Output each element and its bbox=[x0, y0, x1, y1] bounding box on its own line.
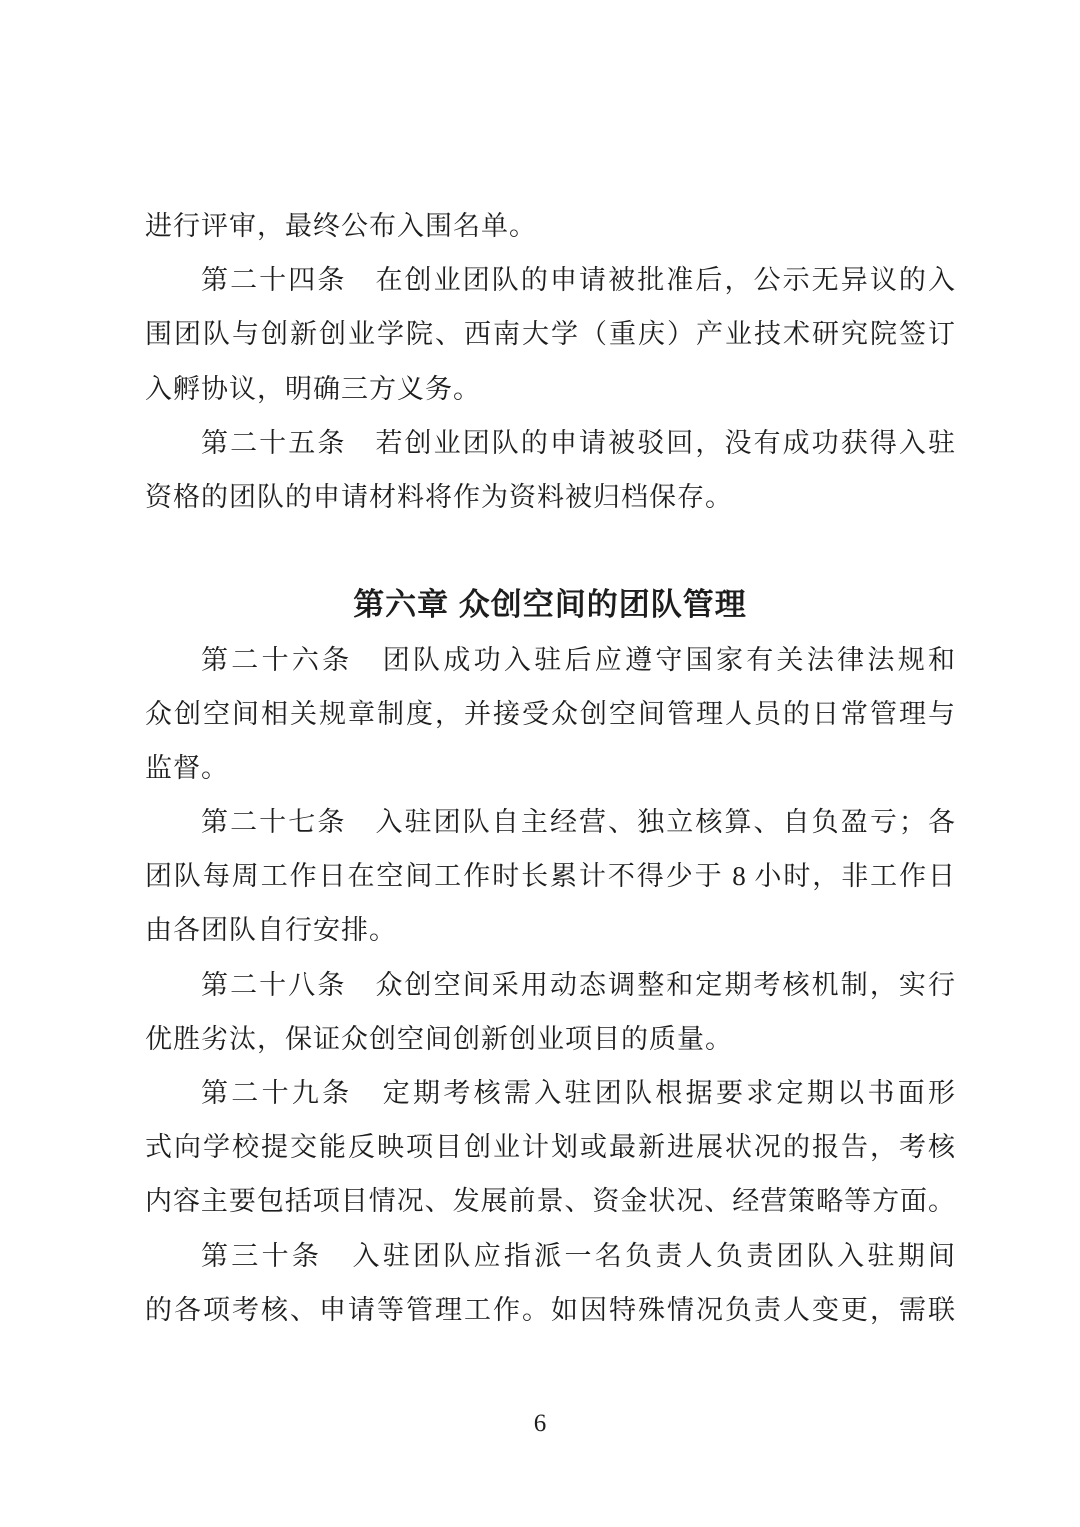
text-line: 众创空间相关规章制度，并接受众创空间管理人员的日常管理与 bbox=[145, 687, 955, 741]
text-line: 资格的团队的申请材料将作为资料被归档保存。 bbox=[145, 470, 955, 524]
document-page: 进行评审，最终公布入围名单。第二十四条 在创业团队的申请被批准后，公示无异议的入… bbox=[0, 0, 1080, 1527]
page-number: 6 bbox=[0, 1404, 1080, 1444]
text-line: 第二十五条 若创业团队的申请被驳回，没有成功获得入驻 bbox=[145, 416, 955, 470]
text-line: 内容主要包括项目情况、发展前景、资金状况、经营策略等方面。 bbox=[145, 1174, 955, 1228]
text-line: 第二十七条 入驻团队自主经营、独立核算、自负盈亏；各 bbox=[145, 795, 955, 849]
text-line: 式向学校提交能反映项目创业计划或最新进展状况的报告，考核 bbox=[145, 1120, 955, 1174]
text-line: 第二十六条 团队成功入驻后应遵守国家有关法律法规和 bbox=[145, 633, 955, 687]
document-body: 进行评审，最终公布入围名单。第二十四条 在创业团队的申请被批准后，公示无异议的入… bbox=[145, 199, 955, 1337]
text-line: 优胜劣汰，保证众创空间创新创业项目的质量。 bbox=[145, 1012, 955, 1066]
text-line: 由各团队自行安排。 bbox=[145, 903, 955, 957]
chapter-heading: 第六章 众创空间的团队管理 bbox=[145, 578, 955, 632]
text-line: 进行评审，最终公布入围名单。 bbox=[145, 199, 955, 253]
text-line: 围团队与创新创业学院、西南大学（重庆）产业技术研究院签订 bbox=[145, 307, 955, 361]
text-line: 第二十四条 在创业团队的申请被批准后，公示无异议的入 bbox=[145, 253, 955, 307]
text-line: 团队每周工作日在空间工作时长累计不得少于 8 小时，非工作日 bbox=[145, 849, 955, 903]
text-line: 入孵协议，明确三方义务。 bbox=[145, 362, 955, 416]
text-line: 第二十八条 众创空间采用动态调整和定期考核机制，实行 bbox=[145, 958, 955, 1012]
blank-line bbox=[145, 524, 955, 578]
text-line: 监督。 bbox=[145, 741, 955, 795]
text-line: 第三十条 入驻团队应指派一名负责人负责团队入驻期间 bbox=[145, 1229, 955, 1283]
text-line: 的各项考核、申请等管理工作。如因特殊情况负责人变更，需联 bbox=[145, 1283, 955, 1337]
text-line: 第二十九条 定期考核需入驻团队根据要求定期以书面形 bbox=[145, 1066, 955, 1120]
